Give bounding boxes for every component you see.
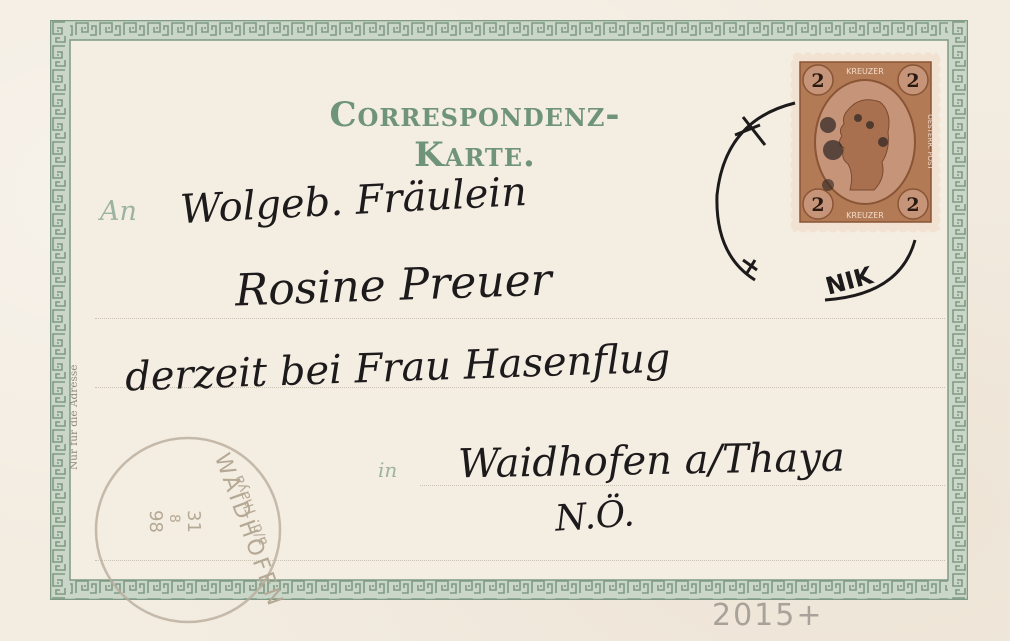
svg-text:8: 8	[166, 514, 182, 523]
svg-text:31: 31	[183, 510, 204, 533]
printed-an-label: An	[100, 196, 137, 227]
address-only-label: Nur für die Adresse	[68, 290, 80, 470]
postcard: Correspondenz-Karte. Nur für die Adresse…	[0, 0, 1010, 641]
arrival-postmark: WAIDHOFEN 31 8 98 a/d. Thaya	[88, 430, 288, 630]
svg-text:NIK: NIK	[823, 261, 878, 301]
pencil-annotation: 2015+	[712, 598, 823, 633]
svg-text:98: 98	[145, 510, 166, 533]
svg-text:2: 2	[906, 70, 919, 92]
address-region: N.Ö.	[554, 493, 636, 539]
address-line-rule	[95, 318, 945, 319]
card-heading: Correspondenz-Karte.	[270, 95, 680, 175]
svg-text:KREUZER: KREUZER	[846, 67, 884, 76]
address-city: Waidhofen a/Thaya	[458, 435, 845, 488]
svg-text:2: 2	[811, 70, 824, 92]
svg-text:OESTERR. POST: OESTERR. POST	[926, 114, 934, 170]
sender-postmark: NIK	[705, 95, 925, 310]
svg-text:WAIDHOFEN: WAIDHOFEN	[209, 450, 288, 612]
printed-in-label: in	[378, 458, 397, 482]
